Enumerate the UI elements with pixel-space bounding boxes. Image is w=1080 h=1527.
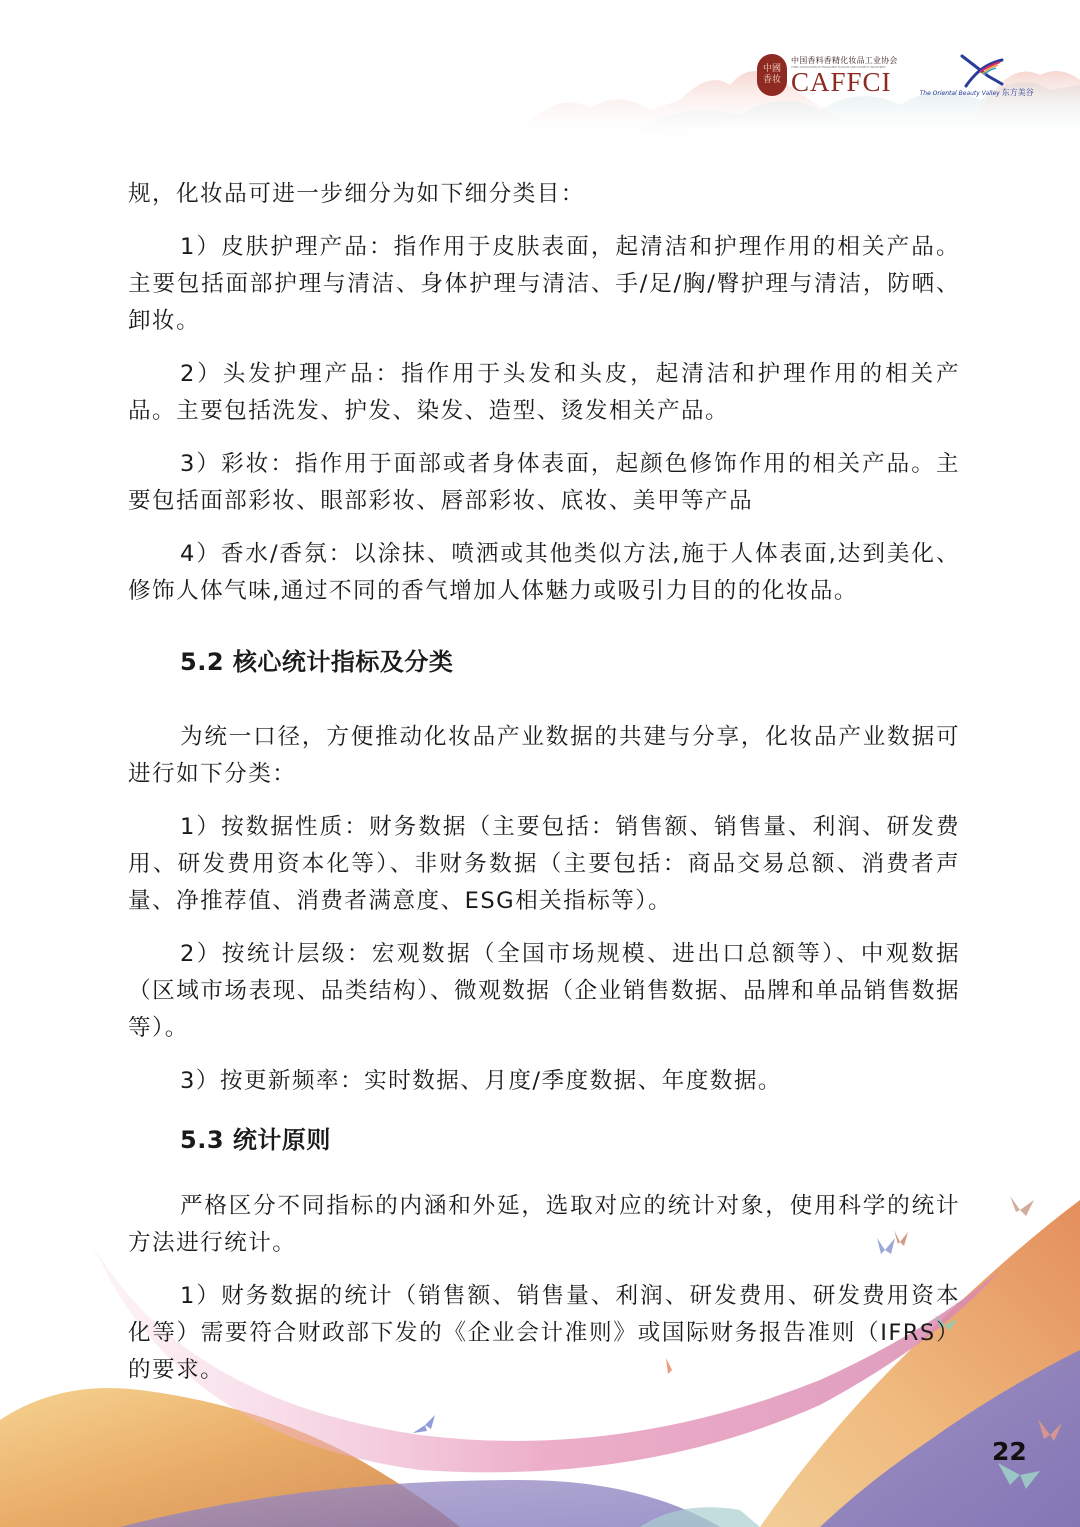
category-makeup: 3）彩妆：指作用于面部或者身体表面，起颜色修饰作用的相关产品。主要包括面部彩妆、…	[128, 446, 960, 520]
seal-text-bottom: 香妆	[757, 75, 787, 86]
valley-caption: The Oriental Beauty Valley东方美谷	[920, 87, 1034, 98]
intro-continuation: 规，化妆品可进一步细分为如下细分类目：	[128, 176, 960, 213]
oriental-beauty-valley-logo: The Oriental Beauty Valley东方美谷	[920, 50, 1050, 100]
valley-english-name: The Oriental Beauty Valley	[920, 90, 1000, 97]
document-body: 规，化妆品可进一步细分为如下细分类目： 1）皮肤护理产品：指作用于皮肤表面，起清…	[128, 176, 960, 1389]
header-logos: 中國 香妆 中国香料香精化妆品工业协会 CHINA ASSOCIATION OF…	[757, 50, 1050, 100]
classification-by-level: 2）按统计层级：宏观数据（全国市场规模、进出口总额等）、中观数据（区域市场表现、…	[128, 936, 960, 1047]
section-5-3-intro: 严格区分不同指标的内涵和外延，选取对应的统计对象，使用科学的统计方法进行统计。	[128, 1188, 960, 1262]
beauty-valley-x-icon	[958, 54, 1008, 88]
caffci-chinese-name: 中国香料香精化妆品工业协会	[791, 55, 898, 66]
category-skin-care: 1）皮肤护理产品：指作用于皮肤表面，起清洁和护理作用的相关产品。主要包括面部护理…	[128, 229, 960, 340]
section-title-5-2: 5.2 核心统计指标及分类	[128, 644, 960, 680]
principle-financial-data: 1）财务数据的统计（销售额、销售量、利润、研发费用、研发费用资本化等）需要符合财…	[128, 1278, 960, 1389]
section-5-2-intro: 为统一口径，方便推动化妆品产业数据的共建与分享，化妆品产业数据可进行如下分类：	[128, 719, 960, 793]
section-title-5-3: 5.3 统计原则	[128, 1122, 960, 1158]
seal-text-top: 中國	[757, 64, 787, 75]
valley-chinese-name: 东方美谷	[1002, 88, 1034, 97]
caffci-seal-logo: 中國 香妆	[757, 54, 787, 96]
category-fragrance: 4）香水/香氛：以涂抹、喷洒或其他类似方法,施于人体表面,达到美化、修饰人体气味…	[128, 536, 960, 610]
page-number: 22	[992, 1437, 1027, 1466]
classification-by-nature: 1）按数据性质：财务数据（主要包括：销售额、销售量、利润、研发费用、研发费用资本…	[128, 809, 960, 920]
classification-by-frequency: 3）按更新频率：实时数据、月度/季度数据、年度数据。	[128, 1063, 960, 1100]
caffci-wordmark: CAFFCI	[791, 69, 898, 95]
category-hair-care: 2）头发护理产品：指作用于头发和头皮，起清洁和护理作用的相关产品。主要包括洗发、…	[128, 356, 960, 430]
caffci-logo: 中国香料香精化妆品工业协会 CHINA ASSOCIATION OF FRAGR…	[791, 55, 898, 95]
